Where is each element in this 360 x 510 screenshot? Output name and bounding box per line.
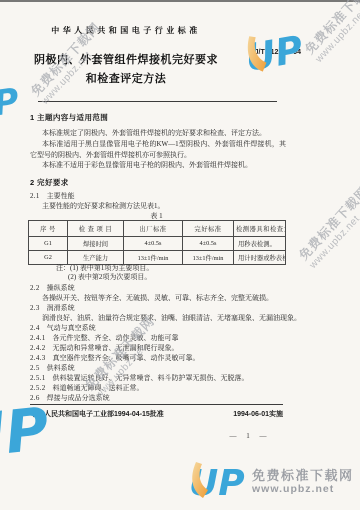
- clause-number: 2.5: [30, 364, 40, 372]
- clause: 2.4.2无振动和异常噪音、无泄漏和爬行现象。: [30, 344, 179, 353]
- cell-intact-standard: 13±1件/min: [183, 251, 234, 265]
- clause-text: 料道畅通无障碍、送料正常。: [53, 384, 144, 392]
- document-page: 中华人民共和国电子行业标准 阴极内、外套管组件焊接机完好要求 和检查评定方法 S…: [0, 0, 360, 510]
- clause: 2.4气动与真空系统: [30, 324, 96, 333]
- clause-number: 2.5.1: [30, 374, 46, 382]
- clause: 2.5供料系统: [30, 364, 75, 373]
- clause-text: 各元件完整、齐全、动作灵敏、功能可靠: [53, 334, 179, 342]
- clause-text-line: 各操纵开关、按钮等齐全、无破损、灵敏、可靠、标志齐全、完整无破损。: [42, 294, 273, 303]
- standard-org-line: 中华人民共和国电子行业标准: [28, 25, 224, 36]
- table-note-1: 注：(1) 表中第1项为主要项目。: [56, 264, 153, 273]
- clause-text: 供料系统: [47, 364, 75, 372]
- watermark-site-url: www.upbz.net: [308, 194, 360, 271]
- clause-number: 2.3: [30, 304, 40, 312]
- clause-number: 2.4: [30, 324, 40, 332]
- clause-text: 焊接与成品分选系统: [47, 394, 110, 402]
- clause: 2.4.1各元件完整、齐全、动作灵敏、功能可靠: [30, 334, 179, 343]
- clause-text: 气动与真空系统: [47, 324, 96, 332]
- standard-number: SJ/T 31214—94: [250, 49, 320, 56]
- clause: 2.3润滑系统: [30, 304, 75, 313]
- watermark-site-url: www.upbz.net: [314, 0, 360, 65]
- implementation-date: 1994-06-01实施: [208, 409, 283, 419]
- clause-number: 2.4.1: [30, 334, 46, 342]
- watermark-text: 免费标准下载网 www.upbz.net: [294, 182, 360, 271]
- cell-number: G2: [29, 251, 68, 265]
- table-note-2: (2) 表中第2项为次要项目。: [68, 273, 151, 282]
- clause: 2.5.2料道畅通无障碍、送料正常。: [30, 384, 144, 393]
- table-row: G1 焊接时间 4±0.5s 4±0.5s 用秒表检测。: [29, 237, 286, 251]
- footer-divider: [30, 404, 283, 405]
- clause-text: 操纵系统: [47, 284, 75, 292]
- cell-item: 焊接时间: [68, 237, 124, 251]
- clause-text: 无振动和异常噪音、无泄漏和爬行现象。: [53, 344, 179, 352]
- cell-method: 用秒表检测。: [234, 237, 286, 251]
- watermark-site-name: 免费标准下载网: [294, 182, 360, 263]
- cell-method: 用计时器或秒表检测。: [234, 251, 286, 265]
- table-header-row: 序 号 检 查 项 目 出厂标准 完好标准 检测器具和检查方法: [29, 221, 286, 237]
- clause-text: 供料装置运转良好、无异常噪音、料斗防护罩无损伤、无脱落。: [53, 374, 249, 382]
- table-row: G2 生产能力 13±1件/min 13±1件/min 用计时器或秒表检测。: [29, 251, 286, 265]
- section-1-paragraph: 本标准规定了阴极内、外套管组件焊接机的完好要求和检查、评定方法。: [30, 128, 286, 139]
- col-header-number: 序 号: [29, 221, 68, 237]
- svg-text:UP: UP: [0, 394, 52, 470]
- clause: 2.4.3真空器件完整齐全、吸嘴可靠、动作灵敏可靠。: [30, 354, 200, 363]
- col-header-item: 检 查 项 目: [68, 221, 124, 237]
- cell-intact-standard: 4±0.5s: [183, 237, 234, 251]
- scan-edge-top: [0, 0, 360, 2]
- header-divider: [38, 101, 277, 102]
- clause-2-1: 2.1主要性能: [30, 192, 75, 201]
- section-2-heading: 2 完好要求: [30, 177, 69, 188]
- section-1-heading: 1 主题内容与适用范围: [30, 112, 108, 123]
- clause-title: 主要性能: [47, 192, 75, 200]
- requirements-table: 序 号 检 查 项 目 出厂标准 完好标准 检测器具和检查方法 G1 焊接时间 …: [28, 220, 286, 265]
- col-header-intact-standard: 完好标准: [183, 221, 234, 237]
- upbz-logo-icon: UP: [188, 459, 248, 503]
- approval-line: 中华人民共和国电子工业部1994-04-15批准: [30, 409, 164, 419]
- section-1-paragraph: 本标准不适用于彩色显像管用电子枪的阴极内、外套管组件焊接机。: [30, 160, 286, 171]
- watermark-site-url: www.upbz.net: [252, 483, 354, 495]
- col-header-factory-standard: 出厂标准: [124, 221, 183, 237]
- watermark-site-name: 免费标准下载网: [252, 468, 354, 483]
- cell-item: 生产能力: [68, 251, 124, 265]
- clause-2-1-text: 主要性能的完好要求和检测方法见表1。: [42, 202, 165, 211]
- section-1-paragraph: 本标准适用于黑白显像管用电子枪的KW—1型阴极内、外套管组件焊接机，其它型号的阴…: [30, 139, 286, 160]
- clause-number: 2.5.2: [30, 384, 46, 392]
- clause-number: 2.4.3: [30, 354, 46, 362]
- clause-number: 2.4.2: [30, 344, 46, 352]
- title-line-2: 和检查评定方法: [15, 70, 237, 89]
- clause-text: 润滑系统: [47, 304, 75, 312]
- cell-number: G1: [29, 237, 68, 251]
- title-line-1: 阴极内、外套管组件焊接机完好要求: [15, 51, 237, 70]
- clause-text: 真空器件完整齐全、吸嘴可靠、动作灵敏可靠。: [53, 354, 200, 362]
- clause-number: 2.6: [30, 394, 40, 402]
- clause-number: 2.1: [30, 192, 40, 200]
- clause: 2.5.1供料装置运转良好、无异常噪音、料斗防护罩无损伤、无脱落。: [30, 374, 249, 383]
- upbz-logo-lockup: UP 免费标准下载网 www.upbz.net: [188, 459, 354, 503]
- col-header-method: 检测器具和检查方法: [234, 221, 286, 237]
- page-number: — 1 —: [222, 432, 278, 440]
- cell-factory-standard: 4±0.5s: [124, 237, 183, 251]
- svg-text:UP: UP: [189, 463, 245, 503]
- document-title: 阴极内、外套管组件焊接机完好要求 和检查评定方法: [15, 51, 237, 89]
- clause-number: 2.2: [30, 284, 40, 292]
- cell-factory-standard: 13±1件/min: [124, 251, 183, 265]
- clause-text-line: 润滑良好、油质、油量符合规定要求、油嘴、油眼清洁、无堵塞现象、无漏油现象。: [42, 314, 301, 323]
- upbz-logo-text: 免费标准下载网 www.upbz.net: [252, 468, 354, 495]
- clause: 2.2操纵系统: [30, 284, 75, 293]
- clause: 2.6焊接与成品分选系统: [30, 394, 110, 403]
